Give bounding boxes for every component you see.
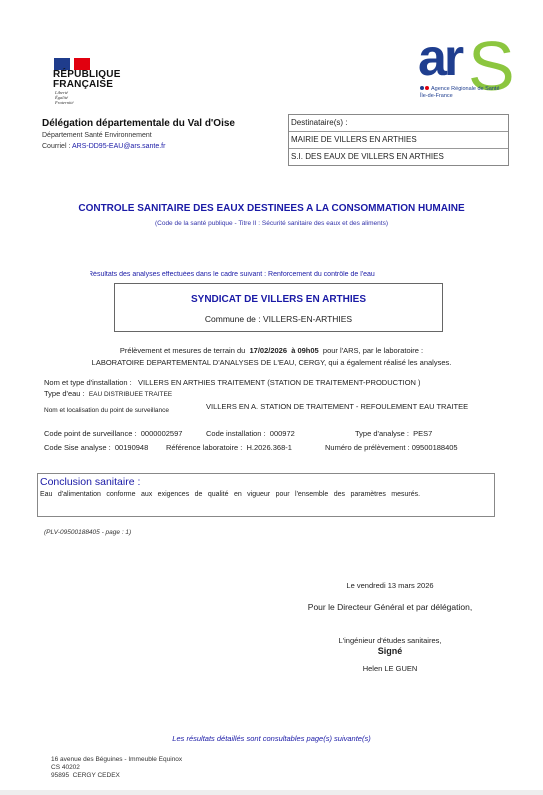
lab-ref-line: Référence laboratoire : H.2026.368-1 (166, 443, 292, 452)
analysis-type-line: Type d'analyse : PES7 (355, 429, 432, 438)
courriel-label: Courriel : (42, 143, 72, 150)
recipients-box: Destinataire(s) : MAIRIE DE VILLERS EN A… (288, 114, 509, 166)
code-sise-label: Code Sise analyse : (44, 443, 111, 452)
sample-number-line: Numéro de prélèvement : 09500188405 (325, 443, 458, 452)
footer-address: 16 avenue des Béguines - Immeuble Equino… (51, 756, 182, 780)
republic-motto: Liberté Égalité Fraternité (55, 90, 74, 105)
prelevement-prefix: Prélèvement et mesures de terrain du (120, 346, 248, 355)
commune-name: Commune de : VILLERS-EN-ARTHIES (115, 314, 442, 324)
ars-region: Île-de-France (420, 93, 453, 99)
detailed-results-note: Les résultats détaillés sont consultable… (0, 734, 543, 743)
code-installation-label: Code installation : (206, 429, 266, 438)
syndicat-box: SYNDICAT DE VILLERS EN ARTHIES Commune d… (114, 283, 443, 332)
sample-number-value: 09500188405 (412, 443, 458, 452)
code-sise-line: Code Sise analyse : 00190948 (44, 443, 148, 452)
code-installation-line: Code installation : 000972 (206, 429, 295, 438)
conclusion-box: Conclusion sanitaire : Eau d'alimentatio… (37, 473, 495, 517)
signature-date: Le vendredi 13 mars 2026 (260, 581, 520, 590)
syndicat-name: SYNDICAT DE VILLERS EN ARTHIES (115, 294, 442, 305)
courriel-email-link[interactable]: ARS-DD95-EAU@ars.sante.fr (72, 143, 165, 150)
installation-value: VILLERS EN ARTHIES TRAITEMENT (STATION D… (138, 378, 421, 387)
motto-fraternite: Fraternité (55, 100, 74, 105)
analysis-type-value: PES7 (413, 429, 432, 438)
page-reference: (PLV-09500188405 - page : 1) (44, 529, 131, 536)
republique-francaise-logo: RÉPUBLIQUE FRANÇAISE (53, 70, 121, 90)
code-sise-value: 00190948 (115, 443, 148, 452)
signatory-name: Helen LE GUEN (260, 664, 520, 673)
ars-logo-ar: ar (418, 28, 461, 88)
surveillance-point-value: VILLERS EN A. STATION DE TRAITEMENT - RE… (206, 402, 506, 411)
page-bottom-edge (0, 790, 543, 795)
address-line: CS 40202 (51, 764, 182, 772)
ars-dot-blue-icon (420, 86, 424, 90)
analysis-context: Résultats des analyses effectuées dans l… (90, 271, 455, 278)
ars-logo-caption: Agence Régionale de Santé Île-de-France (420, 86, 500, 100)
code-installation-value: 000972 (270, 429, 295, 438)
lab-ref-value: H.2026.368-1 (246, 443, 291, 452)
ars-logo: ar S Agence Régionale de Santé Île-de-Fr… (412, 42, 512, 112)
code-point-value: 0000002597 (141, 429, 183, 438)
signature-on-behalf: Pour le Directeur Général et par délégat… (260, 602, 520, 612)
document-subtitle: (Code de la santé publique - Titre II : … (0, 220, 543, 227)
prelevement-line: Prélèvement et mesures de terrain du 17/… (0, 346, 543, 355)
conclusion-text: Eau d'alimentation conforme aux exigence… (38, 491, 494, 498)
delegation-name: Délégation départementale du Val d'Oise (42, 118, 235, 129)
analysis-context-text: Résultats des analyses effectuées dans l… (90, 271, 375, 278)
sample-number-label: Numéro de prélèvement : (325, 443, 410, 452)
code-point-line: Code point de surveillance : 0000002597 (44, 429, 182, 438)
department-name: Département Santé Environnement (42, 132, 152, 139)
ars-dot-red-icon (425, 86, 429, 90)
water-type-label: Type d'eau : (44, 389, 85, 398)
recipient-item: S.I. DES EAUX DE VILLERS EN ARTHIES (289, 148, 508, 165)
recipient-item: MAIRIE DE VILLERS EN ARTHIES (289, 131, 508, 148)
water-type-line: Type d'eau : EAU DISTRIBUEE TRAITEE (44, 389, 172, 398)
water-type-value: EAU DISTRIBUEE TRAITEE (89, 391, 172, 398)
lab-ref-label: Référence laboratoire : (166, 443, 242, 452)
document-title: CONTROLE SANITAIRE DES EAUX DESTINEES A … (0, 203, 543, 214)
installation-label: Nom et type d'installation : (44, 378, 132, 387)
analysis-type-label: Type d'analyse : (355, 429, 409, 438)
conclusion-heading: Conclusion sanitaire : (38, 476, 494, 488)
installation-line: Nom et type d'installation : VILLERS EN … (44, 378, 421, 387)
republic-line2: FRANÇAISE (53, 80, 121, 90)
surveillance-point-label: Nom et localisation du point de surveill… (44, 407, 169, 414)
ars-agency-name: Agence Régionale de Santé (431, 86, 500, 92)
prelevement-date: 17/02/2026 (249, 346, 287, 355)
address-line: 95895 CERGY CEDEX (51, 772, 182, 780)
courriel-line: Courriel : ARS-DD95-EAU@ars.sante.fr (42, 143, 165, 150)
code-point-label: Code point de surveillance : (44, 429, 137, 438)
recipients-label: Destinataire(s) : (289, 115, 508, 131)
address-line: 16 avenue des Béguines - Immeuble Equino… (51, 756, 182, 764)
signature-role: L'ingénieur d'études sanitaires, (260, 636, 520, 645)
laboratory-line: LABORATOIRE DEPARTEMENTAL D'ANALYSES DE … (0, 358, 543, 367)
prelevement-suffix: pour l'ARS, par le laboratoire : (321, 346, 423, 355)
prelevement-time: à 09h05 (291, 346, 319, 355)
signature-signed: Signé (260, 646, 520, 656)
